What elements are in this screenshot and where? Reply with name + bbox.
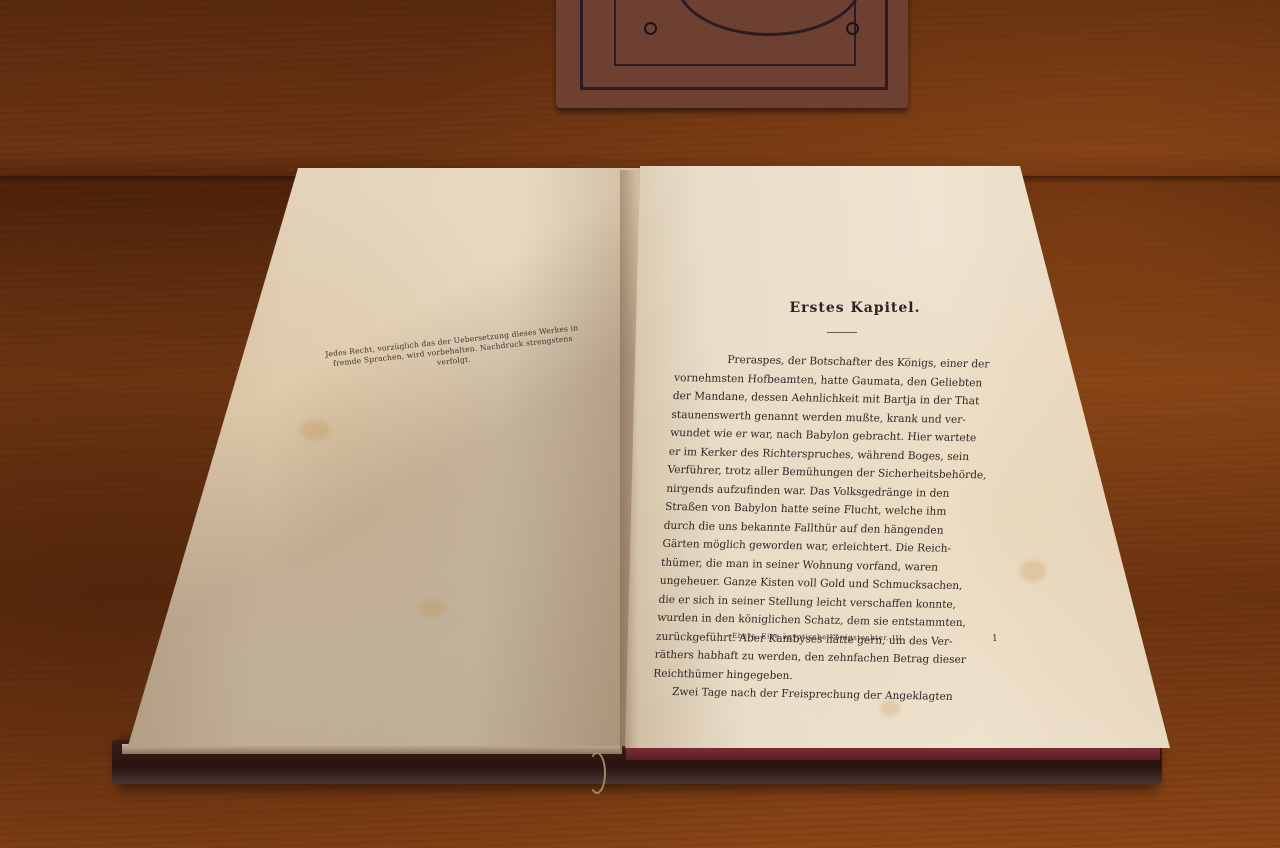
closed-book-cover: [556, 0, 908, 108]
foxing-stain: [420, 600, 444, 618]
left-page-shadow: [128, 168, 640, 746]
cover-ornament-ring-right: [846, 22, 859, 35]
foxing-stain: [300, 420, 330, 440]
chapter-divider: [827, 332, 857, 333]
signature-mark: 1: [992, 634, 998, 644]
right-page-edges: [626, 748, 1160, 760]
chapter-body-text: Preraspes, der Botschafter des Königs, e…: [651, 350, 1047, 708]
bookmark-ribbon: [588, 752, 606, 794]
chapter-title: Erstes Kapitel.: [775, 300, 935, 316]
cover-ornament-ring-left: [644, 22, 657, 35]
book-gutter: [620, 170, 638, 750]
